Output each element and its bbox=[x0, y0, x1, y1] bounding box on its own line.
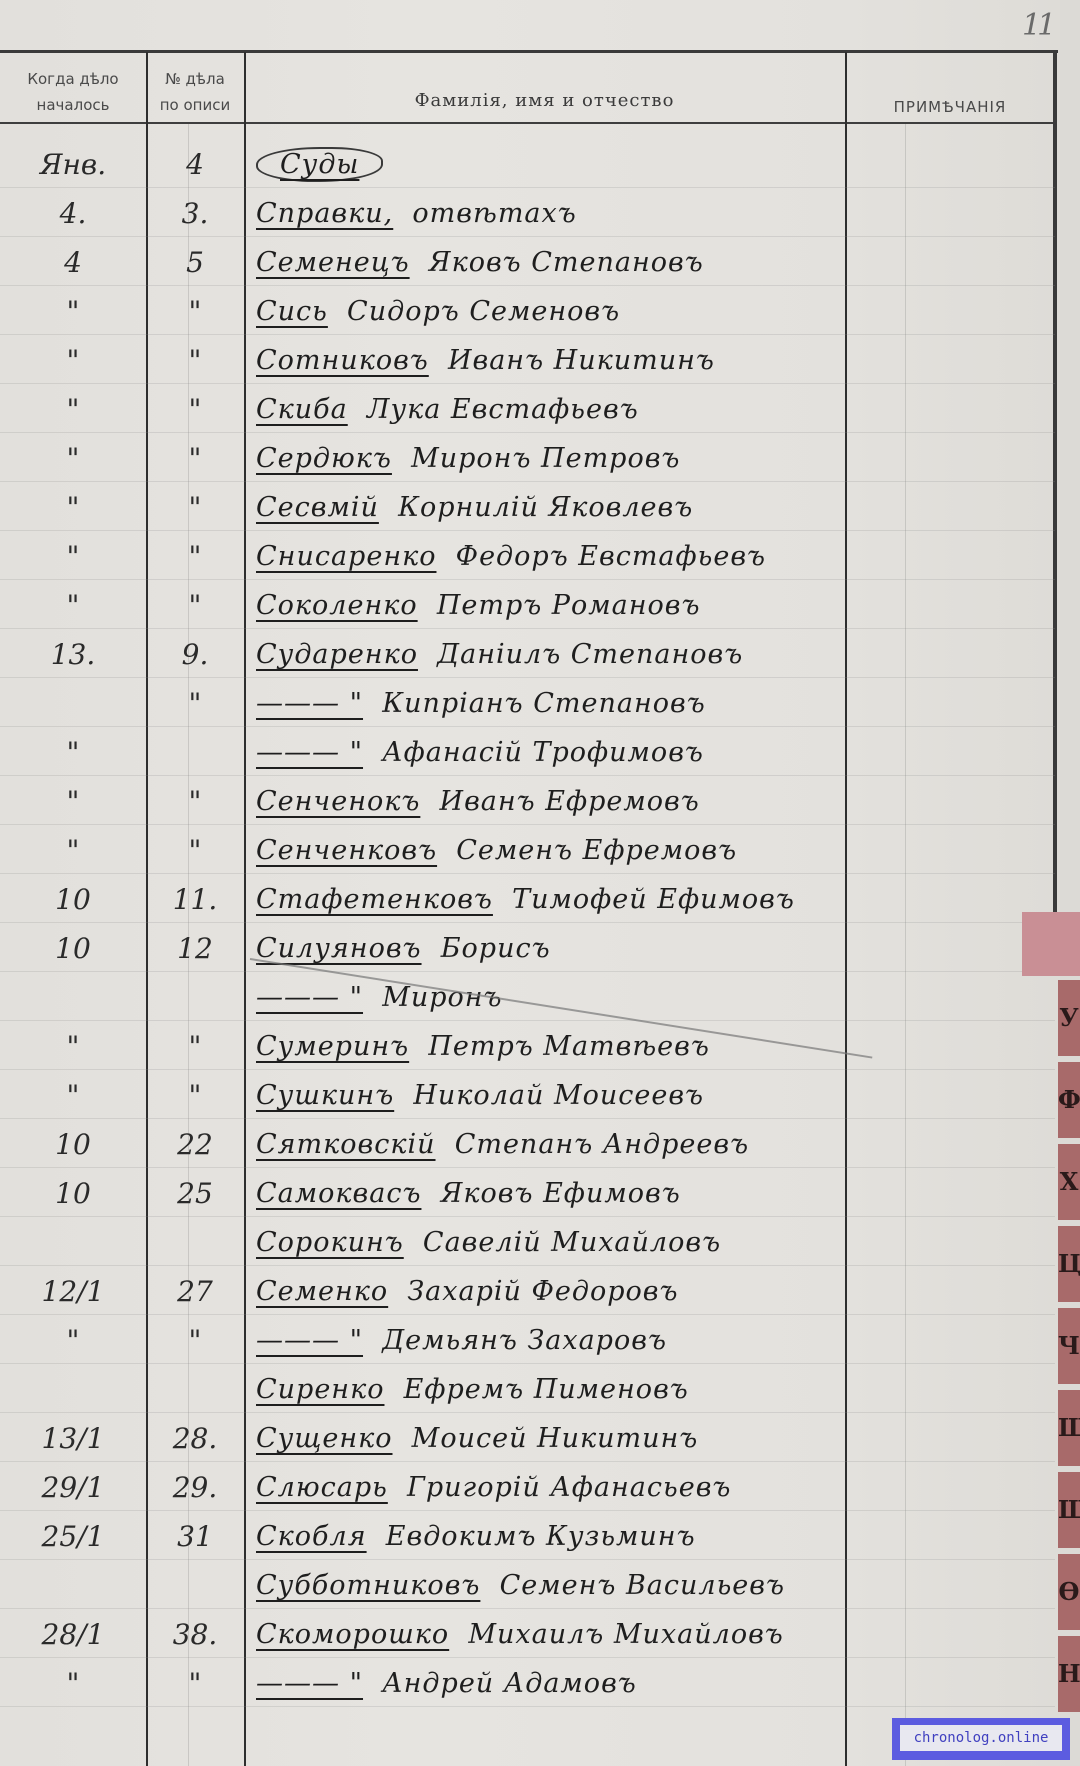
index-tab: У bbox=[1058, 980, 1080, 1056]
row-given-names: Ефремъ Пименовъ bbox=[404, 1374, 689, 1405]
row-date: " bbox=[0, 287, 146, 337]
row-case-number: " bbox=[146, 826, 244, 876]
row-given-names: Петръ Матвѣевъ bbox=[428, 1031, 710, 1062]
row-surname: Суды bbox=[256, 147, 383, 182]
table-row: ""Сушкинъ Николай Моисеевъ bbox=[0, 1071, 1055, 1121]
index-tab: Н bbox=[1058, 1636, 1080, 1712]
row-case-number: " bbox=[146, 1022, 244, 1072]
table-row: 4.3.Справки, отвѣтахъ bbox=[0, 189, 1055, 239]
table-row: ""Сенченокъ Иванъ Ефремовъ bbox=[0, 777, 1055, 827]
row-given-names: отвѣтахъ bbox=[412, 198, 576, 229]
row-full-name: Скоморошко Михаилъ Михайловъ bbox=[256, 1610, 846, 1660]
index-tab: Ц bbox=[1058, 1226, 1080, 1302]
row-given-names: Кипріанъ Степановъ bbox=[382, 688, 706, 719]
table-row: 1022Сятковскій Степанъ Андреевъ bbox=[0, 1120, 1055, 1170]
table-top-border bbox=[0, 50, 1058, 53]
row-given-names: Афанасій Трофимовъ bbox=[382, 737, 704, 768]
row-given-names: Моисей Никитинъ bbox=[412, 1423, 699, 1454]
row-full-name: Сорокинъ Савелій Михайловъ bbox=[256, 1218, 846, 1268]
row-surname: Сотниковъ bbox=[256, 345, 429, 376]
table-row: ""Снисаренко Федоръ Евстафьевъ bbox=[0, 532, 1055, 582]
row-date: " bbox=[0, 581, 146, 631]
header-name-column: Фамилія, имя и отчество bbox=[244, 88, 845, 114]
row-date: 4 bbox=[0, 238, 146, 288]
header-number-line2: по описи bbox=[146, 92, 244, 118]
table-row: ""Сердюкъ Миронъ Петровъ bbox=[0, 434, 1055, 484]
table-row: ——— " Миронъ bbox=[0, 973, 1055, 1023]
row-surname: Стафетенковъ bbox=[256, 884, 493, 915]
row-surname: Сорокинъ bbox=[256, 1227, 404, 1258]
row-case-number: 29. bbox=[146, 1463, 244, 1513]
row-date: " bbox=[0, 1022, 146, 1072]
row-case-number: 3. bbox=[146, 189, 244, 239]
row-full-name: Справки, отвѣтахъ bbox=[256, 189, 846, 239]
row-full-name: Соколенко Петръ Романовъ bbox=[256, 581, 846, 631]
row-full-name: Сенченковъ Семенъ Ефремовъ bbox=[256, 826, 846, 876]
row-full-name: Стафетенковъ Тимофей Ефимовъ bbox=[256, 875, 846, 925]
row-case-number: " bbox=[146, 483, 244, 533]
row-case-number: " bbox=[146, 777, 244, 827]
table-row: ""Сесвмій Корнилій Яковлевъ bbox=[0, 483, 1055, 533]
row-given-names: Михаилъ Михайловъ bbox=[468, 1619, 783, 1650]
row-date: " bbox=[0, 385, 146, 435]
row-surname: ——— " bbox=[256, 1325, 363, 1356]
page-number: 11 bbox=[1022, 8, 1052, 43]
row-full-name: Сумеринъ Петръ Матвѣевъ bbox=[256, 1022, 846, 1072]
row-full-name: Суды bbox=[256, 140, 846, 190]
row-surname: ——— " bbox=[256, 982, 363, 1013]
row-date: 13/1 bbox=[0, 1414, 146, 1464]
table-row: ""——— " Демьянъ Захаровъ bbox=[0, 1316, 1055, 1366]
row-given-names: Борисъ bbox=[441, 933, 551, 964]
row-given-names: Андрей Адамовъ bbox=[382, 1668, 637, 1699]
row-surname: Сущенко bbox=[256, 1423, 393, 1454]
row-case-number: " bbox=[146, 385, 244, 435]
row-date: " bbox=[0, 434, 146, 484]
row-date: 25/1 bbox=[0, 1512, 146, 1562]
row-full-name: Скиба Лука Евстафьевъ bbox=[256, 385, 846, 435]
row-surname: Слюсарь bbox=[256, 1472, 388, 1503]
row-surname: Скиба bbox=[256, 394, 348, 425]
row-full-name: Снисаренко Федоръ Евстафьевъ bbox=[256, 532, 846, 582]
table-row: ""——— " Андрей Адамовъ bbox=[0, 1659, 1055, 1709]
row-case-number: " bbox=[146, 532, 244, 582]
row-full-name: Скобля Евдокимъ Кузьминъ bbox=[256, 1512, 846, 1562]
row-full-name: ——— " Андрей Адамовъ bbox=[256, 1659, 846, 1709]
row-surname: Скоморошко bbox=[256, 1619, 449, 1650]
row-full-name: ——— " Миронъ bbox=[256, 973, 846, 1023]
row-surname: Субботниковъ bbox=[256, 1570, 480, 1601]
row-surname: Силуяновъ bbox=[256, 933, 422, 964]
row-case-number: 22 bbox=[146, 1120, 244, 1170]
row-date: " bbox=[0, 777, 146, 827]
row-date: " bbox=[0, 1316, 146, 1366]
row-given-names: Степанъ Андреевъ bbox=[455, 1129, 749, 1160]
row-full-name: Самоквасъ Яковъ Ефимовъ bbox=[256, 1169, 846, 1219]
row-date bbox=[0, 679, 146, 729]
row-given-names: Семенъ Васильевъ bbox=[500, 1570, 785, 1601]
row-case-number bbox=[146, 728, 244, 778]
table-row: 12/127Семенко Захарій Федоровъ bbox=[0, 1267, 1055, 1317]
row-date bbox=[0, 1218, 146, 1268]
row-full-name: Слюсарь Григорій Афанасьевъ bbox=[256, 1463, 846, 1513]
index-tab: Ш bbox=[1058, 1390, 1080, 1466]
header-bottom-border bbox=[0, 122, 1055, 124]
row-given-names: Захарій Федоровъ bbox=[407, 1276, 678, 1307]
table-row: Субботниковъ Семенъ Васильевъ bbox=[0, 1561, 1055, 1611]
row-full-name: ——— " Кипріанъ Степановъ bbox=[256, 679, 846, 729]
row-date: " bbox=[0, 336, 146, 386]
ledger-page: 11 Когда дѣло началось № дѣла по описи Ф… bbox=[0, 0, 1060, 1766]
row-surname: Соколенко bbox=[256, 590, 418, 621]
row-given-names: Яковъ Ефимовъ bbox=[441, 1178, 681, 1209]
row-full-name: Субботниковъ Семенъ Васильевъ bbox=[256, 1561, 846, 1611]
row-given-names: Иванъ Ефремовъ bbox=[440, 786, 700, 817]
row-case-number: " bbox=[146, 581, 244, 631]
row-surname: Самоквасъ bbox=[256, 1178, 421, 1209]
header-date-column: Когда дѣло началось bbox=[0, 66, 146, 118]
row-date: 12/1 bbox=[0, 1267, 146, 1317]
row-given-names: Даніилъ Степановъ bbox=[437, 639, 743, 670]
row-given-names: Савелій Михайловъ bbox=[423, 1227, 721, 1258]
row-date: Янв. bbox=[0, 140, 146, 190]
header-notes-column: ПРИМѢЧАНІЯ bbox=[847, 94, 1053, 120]
row-full-name: Сись Сидоръ Семеновъ bbox=[256, 287, 846, 337]
row-date bbox=[0, 1365, 146, 1415]
row-given-names: Миронъ bbox=[382, 982, 502, 1013]
row-case-number: " bbox=[146, 679, 244, 729]
row-case-number: 5 bbox=[146, 238, 244, 288]
row-case-number bbox=[146, 1218, 244, 1268]
row-surname: Семенецъ bbox=[256, 247, 410, 278]
row-given-names: Демьянъ Захаровъ bbox=[382, 1325, 667, 1356]
table-row: Сиренко Ефремъ Пименовъ bbox=[0, 1365, 1055, 1415]
row-full-name: ——— " Демьянъ Захаровъ bbox=[256, 1316, 846, 1366]
row-full-name: Сесвмій Корнилій Яковлевъ bbox=[256, 483, 846, 533]
header-number-column: № дѣла по описи bbox=[146, 66, 244, 118]
table-row: ""Соколенко Петръ Романовъ bbox=[0, 581, 1055, 631]
row-given-names: Семенъ Ефремовъ bbox=[456, 835, 737, 866]
row-date: 10 bbox=[0, 1169, 146, 1219]
row-case-number: 4 bbox=[146, 140, 244, 190]
row-case-number: " bbox=[146, 434, 244, 484]
row-given-names: Корнилій Яковлевъ bbox=[398, 492, 693, 523]
table-row: 13.9.Сударенко Даніилъ Степановъ bbox=[0, 630, 1055, 680]
row-full-name: Сердюкъ Миронъ Петровъ bbox=[256, 434, 846, 484]
row-surname: ——— " bbox=[256, 1668, 363, 1699]
row-case-number bbox=[146, 1365, 244, 1415]
row-given-names: Тимофей Ефимовъ bbox=[512, 884, 795, 915]
row-surname: Справки, bbox=[256, 198, 393, 229]
row-surname: Сердюкъ bbox=[256, 443, 392, 474]
row-given-names: Яковъ Степановъ bbox=[429, 247, 704, 278]
row-given-names: Иванъ Никитинъ bbox=[448, 345, 715, 376]
table-row: 1011.Стафетенковъ Тимофей Ефимовъ bbox=[0, 875, 1055, 925]
table-row: 29/129.Слюсарь Григорій Афанасьевъ bbox=[0, 1463, 1055, 1513]
row-given-names: Миронъ Петровъ bbox=[411, 443, 680, 474]
row-full-name: Сенченокъ Иванъ Ефремовъ bbox=[256, 777, 846, 827]
index-tab: Ф bbox=[1058, 1062, 1080, 1138]
row-case-number: " bbox=[146, 287, 244, 337]
table-row: 28/138.Скоморошко Михаилъ Михайловъ bbox=[0, 1610, 1055, 1660]
row-full-name: Сотниковъ Иванъ Никитинъ bbox=[256, 336, 846, 386]
row-surname: Сесвмій bbox=[256, 492, 379, 523]
row-date: 10 bbox=[0, 924, 146, 974]
row-given-names: Николай Моисеевъ bbox=[413, 1080, 704, 1111]
row-given-names: Лука Евстафьевъ bbox=[367, 394, 639, 425]
table-row: ""Сись Сидоръ Семеновъ bbox=[0, 287, 1055, 337]
table-row: Сорокинъ Савелій Михайловъ bbox=[0, 1218, 1055, 1268]
row-date: " bbox=[0, 728, 146, 778]
row-case-number bbox=[146, 1561, 244, 1611]
table-row: 25/131Скобля Евдокимъ Кузьминъ bbox=[0, 1512, 1055, 1562]
index-tab: Х bbox=[1058, 1144, 1080, 1220]
row-full-name: Силуяновъ Борисъ bbox=[256, 924, 846, 974]
row-date: " bbox=[0, 1071, 146, 1121]
row-case-number bbox=[146, 973, 244, 1023]
row-case-number: 28. bbox=[146, 1414, 244, 1464]
row-given-names: Евдокимъ Кузьминъ bbox=[386, 1521, 696, 1552]
row-surname: Сись bbox=[256, 296, 328, 327]
row-given-names: Федоръ Евстафьевъ bbox=[456, 541, 766, 572]
row-case-number: 25 bbox=[146, 1169, 244, 1219]
table-row: ""Сенченковъ Семенъ Ефремовъ bbox=[0, 826, 1055, 876]
table-row: 13/128.Сущенко Моисей Никитинъ bbox=[0, 1414, 1055, 1464]
row-case-number: " bbox=[146, 336, 244, 386]
row-date: 4. bbox=[0, 189, 146, 239]
header-date-line2: началось bbox=[0, 92, 146, 118]
row-full-name: Сущенко Моисей Никитинъ bbox=[256, 1414, 846, 1464]
row-case-number: 11. bbox=[146, 875, 244, 925]
table-row: "——— " Кипріанъ Степановъ bbox=[0, 679, 1055, 729]
row-case-number: " bbox=[146, 1659, 244, 1709]
row-surname: Сушкинъ bbox=[256, 1080, 394, 1111]
row-given-names: Сидоръ Семеновъ bbox=[347, 296, 620, 327]
table-row: ""Сумеринъ Петръ Матвѣевъ bbox=[0, 1022, 1055, 1072]
row-surname: Сенченокъ bbox=[256, 786, 420, 817]
row-date: " bbox=[0, 1659, 146, 1709]
table-row: Янв.4Суды bbox=[0, 140, 1055, 190]
row-full-name: Сиренко Ефремъ Пименовъ bbox=[256, 1365, 846, 1415]
row-date: 28/1 bbox=[0, 1610, 146, 1660]
index-tab-top bbox=[1022, 912, 1080, 976]
row-surname: Сиренко bbox=[256, 1374, 384, 1405]
row-given-names: Петръ Романовъ bbox=[437, 590, 701, 621]
row-date: " bbox=[0, 483, 146, 533]
row-full-name: Семенецъ Яковъ Степановъ bbox=[256, 238, 846, 288]
watermark-text: chronolog.online bbox=[900, 1725, 1062, 1751]
row-surname: Семенко bbox=[256, 1276, 388, 1307]
row-surname: Сударенко bbox=[256, 639, 418, 670]
row-date: 10 bbox=[0, 875, 146, 925]
row-date bbox=[0, 1561, 146, 1611]
table-row: "——— " Афанасій Трофимовъ bbox=[0, 728, 1055, 778]
row-surname: Сумеринъ bbox=[256, 1031, 409, 1062]
index-tab: Ѳ bbox=[1058, 1554, 1080, 1630]
header-number-line1: № дѣла bbox=[146, 66, 244, 92]
table-row: ""Сотниковъ Иванъ Никитинъ bbox=[0, 336, 1055, 386]
row-surname: Скобля bbox=[256, 1521, 367, 1552]
row-case-number: 27 bbox=[146, 1267, 244, 1317]
row-case-number: " bbox=[146, 1316, 244, 1366]
row-full-name: Сятковскій Степанъ Андреевъ bbox=[256, 1120, 846, 1170]
row-surname: Сятковскій bbox=[256, 1129, 436, 1160]
table-row: 1012Силуяновъ Борисъ bbox=[0, 924, 1055, 974]
row-case-number: 12 bbox=[146, 924, 244, 974]
row-date: 13. bbox=[0, 630, 146, 680]
row-surname: ——— " bbox=[256, 688, 363, 719]
row-case-number: 31 bbox=[146, 1512, 244, 1562]
row-case-number: 9. bbox=[146, 630, 244, 680]
row-given-names: Григорій Афанасьевъ bbox=[407, 1472, 731, 1503]
row-full-name: ——— " Афанасій Трофимовъ bbox=[256, 728, 846, 778]
row-date: 10 bbox=[0, 1120, 146, 1170]
header-date-line1: Когда дѣло bbox=[0, 66, 146, 92]
table-row: 45Семенецъ Яковъ Степановъ bbox=[0, 238, 1055, 288]
row-surname: Снисаренко bbox=[256, 541, 436, 572]
row-surname: ——— " bbox=[256, 737, 363, 768]
row-date bbox=[0, 973, 146, 1023]
row-case-number: " bbox=[146, 1071, 244, 1121]
index-tab: Щ bbox=[1058, 1472, 1080, 1548]
index-tab: Ч bbox=[1058, 1308, 1080, 1384]
row-full-name: Сударенко Даніилъ Степановъ bbox=[256, 630, 846, 680]
watermark: chronolog.online bbox=[892, 1718, 1070, 1760]
row-surname: Сенченковъ bbox=[256, 835, 437, 866]
row-full-name: Сушкинъ Николай Моисеевъ bbox=[256, 1071, 846, 1121]
row-date: " bbox=[0, 532, 146, 582]
row-full-name: Семенко Захарій Федоровъ bbox=[256, 1267, 846, 1317]
row-date: 29/1 bbox=[0, 1463, 146, 1513]
table-row: 1025Самоквасъ Яковъ Ефимовъ bbox=[0, 1169, 1055, 1219]
row-date: " bbox=[0, 826, 146, 876]
row-case-number: 38. bbox=[146, 1610, 244, 1660]
table-row: ""Скиба Лука Евстафьевъ bbox=[0, 385, 1055, 435]
